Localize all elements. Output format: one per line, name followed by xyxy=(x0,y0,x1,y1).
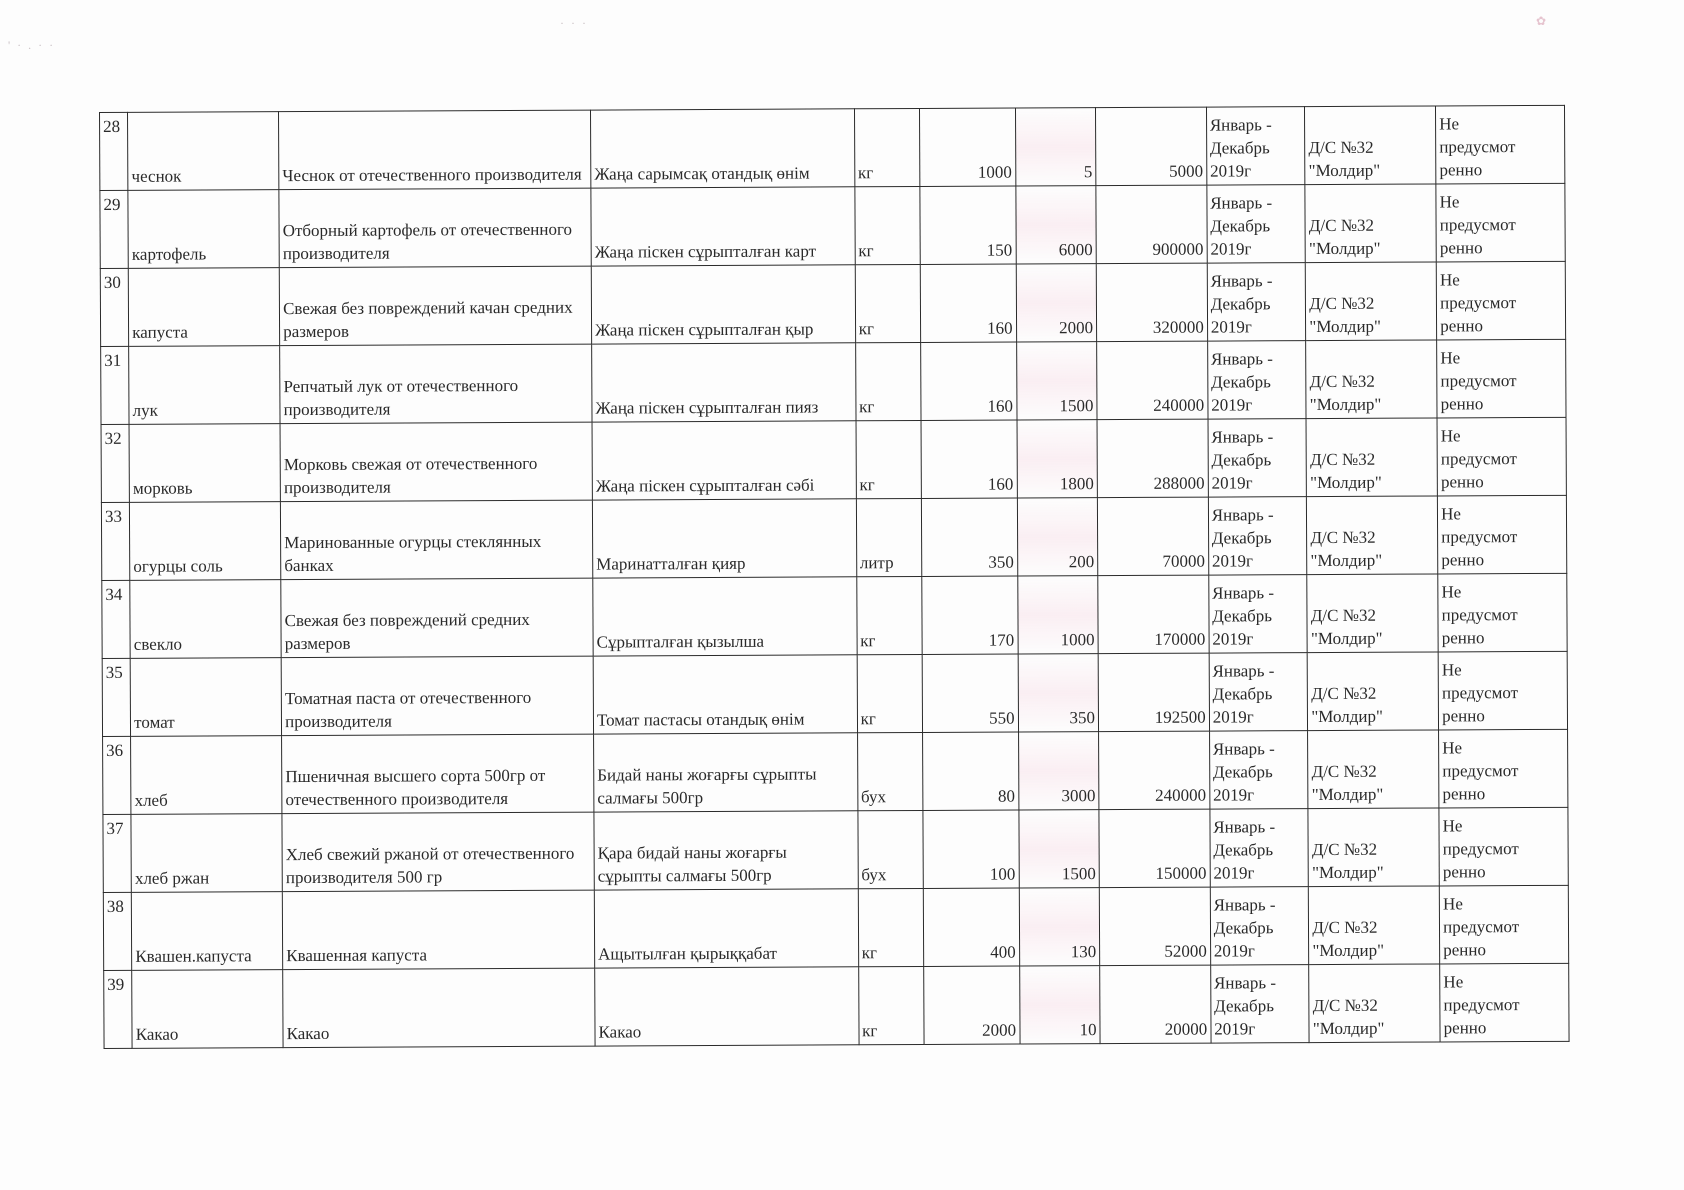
num-text: 39 xyxy=(107,975,124,994)
qty-text: 160 xyxy=(988,475,1014,494)
item-description-ru: Квашенная капуста xyxy=(282,890,594,970)
advance-note: Непредусмотренно xyxy=(1439,807,1568,886)
note-line: Не xyxy=(1440,190,1562,214)
num-text: 29 xyxy=(103,195,120,214)
qty-text: 400 xyxy=(990,943,1016,962)
delivery-period: Январь -Декабрь2019г xyxy=(1207,185,1306,263)
total-sum: 900000 xyxy=(1096,185,1207,264)
desc-kz-text: Жаңа сарымсақ отандық өнім xyxy=(594,164,809,184)
item-short-name: чеснок xyxy=(128,112,279,191)
period-line: Декабрь xyxy=(1212,526,1304,549)
advance-note: Непредусмотренно xyxy=(1436,183,1565,262)
item-short-name: лук xyxy=(129,346,280,425)
desc-ru-text: Чеснок от отечественного производителя xyxy=(282,165,581,185)
note-line: предусмот xyxy=(1443,915,1565,939)
table-row: 35 томат Томатная паста от отечественног… xyxy=(102,651,1567,736)
item-description-kz: Ащытылған қырыққабат xyxy=(594,889,858,968)
item-short-name: Какао xyxy=(132,970,283,1049)
item-description-ru: Какао xyxy=(283,968,595,1048)
advance-note: Непредусмотренно xyxy=(1437,417,1566,496)
name-text: картофель xyxy=(132,244,206,263)
item-short-name: хлеб ржан xyxy=(131,814,282,893)
note-line: предусмот xyxy=(1441,525,1563,549)
table-row: 30 капуста Свежая без повреждений качан … xyxy=(100,261,1565,346)
sum-text: 52000 xyxy=(1164,942,1207,961)
num-text: 34 xyxy=(105,585,122,604)
unit-text: кг xyxy=(859,475,874,494)
unit-price: 1800 xyxy=(1017,420,1098,498)
advance-note: Непредусмотренно xyxy=(1438,495,1567,574)
quantity: 550 xyxy=(922,654,1018,732)
unit-of-measure: кг xyxy=(854,186,920,264)
period-line: Декабрь xyxy=(1211,448,1303,471)
supplier-line: "Молдир" xyxy=(1311,704,1435,728)
note-line: Не xyxy=(1441,424,1563,448)
supplier-line: "Молдир" xyxy=(1311,626,1435,650)
delivery-place: Д/С №32"Молдир" xyxy=(1306,262,1437,341)
unit-text: кг xyxy=(862,1021,877,1040)
qty-text: 350 xyxy=(988,553,1014,572)
supplier-line: Д/С №32 xyxy=(1312,837,1436,861)
unit-of-measure: бух xyxy=(858,810,924,888)
item-description-kz: Қара бидай наны жоғарғы сұрыпты салмағы … xyxy=(594,811,858,890)
period-line: Январь - xyxy=(1210,191,1302,214)
row-number: 34 xyxy=(102,580,131,658)
period-line: Декабрь xyxy=(1213,760,1305,783)
name-text: огурцы соль xyxy=(133,556,222,575)
delivery-place: Д/С №32"Молдир" xyxy=(1307,574,1438,653)
price-text: 200 xyxy=(1069,552,1095,571)
item-description-kz: Томат пастасы отандық өнім xyxy=(593,655,857,734)
supplier-line: "Молдир" xyxy=(1309,158,1433,182)
unit-of-measure: бух xyxy=(857,732,923,810)
item-description-ru: Пшеничная высшего сорта 500гр от отечест… xyxy=(282,734,594,814)
price-text: 5 xyxy=(1084,162,1093,181)
desc-kz-text: Жаңа піскен сұрыпталған сәбі xyxy=(596,476,815,496)
sum-text: 70000 xyxy=(1162,552,1205,571)
item-description-kz: Сұрыпталған қызылша xyxy=(593,577,857,656)
unit-price: 10 xyxy=(1019,966,1100,1044)
quantity: 160 xyxy=(920,264,1016,342)
row-number: 32 xyxy=(101,424,130,502)
supplier-line: "Молдир" xyxy=(1312,938,1436,962)
period-line: 2019г xyxy=(1211,393,1303,416)
unit-price: 5 xyxy=(1015,108,1096,186)
desc-ru-text: Маринованные огурцы стеклянных банках xyxy=(284,532,541,575)
note-line: Не xyxy=(1443,814,1565,838)
note-line: ренно xyxy=(1443,938,1565,962)
price-text: 1500 xyxy=(1062,864,1096,883)
quantity: 150 xyxy=(920,186,1016,264)
period-line: Декабрь xyxy=(1214,994,1306,1017)
period-line: Январь - xyxy=(1210,113,1302,136)
table-row: 37 хлеб ржан Хлеб свежий ржаной от отече… xyxy=(103,807,1568,892)
name-text: хлеб xyxy=(134,791,167,810)
row-number: 36 xyxy=(103,736,132,814)
note-line: ренно xyxy=(1442,704,1564,728)
delivery-period: Январь -Декабрь2019г xyxy=(1210,809,1309,887)
desc-kz-text: Ащытылған қырыққабат xyxy=(598,944,777,964)
supplier-line: Д/С №32 xyxy=(1311,681,1435,705)
advance-note: Непредусмотренно xyxy=(1440,963,1569,1042)
desc-kz-text: Маринатталған қияр xyxy=(596,554,745,574)
total-sum: 320000 xyxy=(1096,263,1207,342)
sum-text: 192500 xyxy=(1155,708,1206,727)
note-line: ренно xyxy=(1439,158,1561,182)
supplier-line: "Молдир" xyxy=(1310,392,1434,416)
unit-price: 6000 xyxy=(1015,186,1096,264)
period-line: Декабрь xyxy=(1213,838,1305,861)
delivery-place: Д/С №32"Молдир" xyxy=(1308,730,1439,809)
qty-text: 550 xyxy=(989,709,1015,728)
supplier-line: Д/С №32 xyxy=(1312,759,1436,783)
desc-kz-text: Какао xyxy=(598,1022,641,1041)
period-line: Январь - xyxy=(1211,269,1303,292)
delivery-period: Январь -Декабрь2019г xyxy=(1209,575,1308,653)
total-sum: 288000 xyxy=(1097,419,1208,498)
item-short-name: морковь xyxy=(129,424,280,503)
period-line: Январь - xyxy=(1211,425,1303,448)
supplier-line: "Молдир" xyxy=(1309,314,1433,338)
note-line: Не xyxy=(1439,112,1561,136)
delivery-period: Январь -Декабрь2019г xyxy=(1209,731,1308,809)
period-line: 2019г xyxy=(1214,1017,1306,1040)
period-line: 2019г xyxy=(1212,549,1304,572)
table-body: 28 чеснок Чеснок от отечественного произ… xyxy=(100,105,1570,1048)
desc-ru-text: Свежая без повреждений качан средних раз… xyxy=(283,298,573,341)
note-line: Не xyxy=(1442,658,1564,682)
name-text: хлеб ржан xyxy=(135,868,209,887)
procurement-table: 28 чеснок Чеснок от отечественного произ… xyxy=(99,105,1570,1049)
unit-of-measure: кг xyxy=(857,654,923,732)
sum-text: 288000 xyxy=(1154,474,1205,493)
table-row: 36 хлеб Пшеничная высшего сорта 500гр от… xyxy=(103,729,1568,814)
row-number: 29 xyxy=(100,190,129,268)
note-line: предусмот xyxy=(1441,447,1563,471)
item-description-kz: Жаңа піскен сұрыпталған пияз xyxy=(592,343,856,422)
item-description-ru: Свежая без повреждений качан средних раз… xyxy=(279,266,591,346)
period-line: Декабрь xyxy=(1211,370,1303,393)
advance-note: Непредусмотренно xyxy=(1437,339,1566,418)
quantity: 160 xyxy=(921,342,1017,420)
sum-text: 900000 xyxy=(1152,240,1203,259)
advance-note: Непредусмотренно xyxy=(1436,105,1565,184)
supplier-line: "Молдир" xyxy=(1313,1016,1437,1040)
quantity: 400 xyxy=(923,888,1019,966)
period-line: 2019г xyxy=(1211,315,1303,338)
item-short-name: хлеб xyxy=(131,736,282,815)
unit-price: 1000 xyxy=(1017,576,1098,654)
quantity: 1000 xyxy=(919,108,1015,186)
delivery-place: Д/С №32"Молдир" xyxy=(1307,496,1438,575)
period-line: 2019г xyxy=(1212,627,1304,650)
desc-ru-text: Хлеб свежий ржаной от отечественного про… xyxy=(286,844,575,887)
row-number: 37 xyxy=(103,814,132,892)
desc-ru-text: Отборный картофель от отечественного про… xyxy=(283,220,572,263)
advance-note: Непредусмотренно xyxy=(1439,729,1568,808)
note-line: предусмот xyxy=(1440,369,1562,393)
item-description-kz: Жаңа піскен сұрыпталған карт xyxy=(591,187,855,266)
supplier-line: Д/С №32 xyxy=(1309,213,1433,237)
item-short-name: огурцы соль xyxy=(130,502,281,581)
supplier-line: "Молдир" xyxy=(1309,236,1433,260)
qty-text: 150 xyxy=(987,241,1013,260)
table-row: 32 морковь Морковь свежая от отечественн… xyxy=(101,417,1566,502)
unit-text: кг xyxy=(861,709,876,728)
supplier-line: Д/С №32 xyxy=(1308,135,1432,159)
period-line: Январь - xyxy=(1213,737,1305,760)
unit-price: 1500 xyxy=(1019,810,1100,888)
delivery-period: Январь -Декабрь2019г xyxy=(1208,497,1307,575)
num-text: 33 xyxy=(105,507,122,526)
supplier-line: Д/С №32 xyxy=(1310,447,1434,471)
name-text: свекло xyxy=(134,635,182,654)
supplier-line: "Молдир" xyxy=(1312,782,1436,806)
period-line: Декабрь xyxy=(1213,682,1305,705)
num-text: 37 xyxy=(106,819,123,838)
row-number: 35 xyxy=(102,658,131,736)
sum-text: 320000 xyxy=(1153,318,1204,337)
name-text: морковь xyxy=(133,479,193,498)
num-text: 32 xyxy=(105,429,122,448)
item-short-name: свекло xyxy=(130,580,281,659)
row-number: 39 xyxy=(104,970,133,1048)
advance-note: Непредусмотренно xyxy=(1438,651,1567,730)
scan-artifact: ✿ xyxy=(1536,14,1548,29)
note-line: предусмот xyxy=(1443,837,1565,861)
note-line: Не xyxy=(1440,346,1562,370)
unit-text: кг xyxy=(858,241,873,260)
quantity: 170 xyxy=(922,576,1018,654)
unit-text: кг xyxy=(859,319,874,338)
unit-of-measure: кг xyxy=(856,420,922,498)
unit-text: кг xyxy=(862,943,877,962)
advance-note: Непредусмотренно xyxy=(1438,573,1567,652)
desc-kz-text: Жаңа піскен сұрыпталған пияз xyxy=(595,397,818,417)
item-description-kz: Бидай наны жоғарғы сұрыпты салмағы 500гр xyxy=(594,733,858,812)
desc-ru-text: Репчатый лук от отечественного производи… xyxy=(283,376,518,419)
delivery-place: Д/С №32"Молдир" xyxy=(1305,106,1436,185)
quantity: 100 xyxy=(923,810,1019,888)
item-description-ru: Морковь свежая от отечественного произво… xyxy=(280,422,592,502)
price-text: 1800 xyxy=(1060,474,1094,493)
total-sum: 240000 xyxy=(1099,731,1210,810)
item-short-name: картофель xyxy=(128,190,279,269)
desc-ru-text: Какао xyxy=(287,1024,330,1043)
item-description-ru: Отборный картофель от отечественного про… xyxy=(279,188,591,268)
price-text: 10 xyxy=(1080,1020,1097,1039)
total-sum: 170000 xyxy=(1098,575,1209,654)
item-description-ru: Свежая без повреждений средних размеров xyxy=(281,578,593,658)
delivery-place: Д/С №32"Молдир" xyxy=(1306,418,1437,497)
desc-kz-text: Қара бидай наны жоғарғы сұрыпты салмағы … xyxy=(598,843,787,886)
delivery-place: Д/С №32"Молдир" xyxy=(1308,808,1439,887)
delivery-period: Январь -Декабрь2019г xyxy=(1210,965,1309,1043)
sum-text: 240000 xyxy=(1155,786,1206,805)
table-row: 28 чеснок Чеснок от отечественного произ… xyxy=(100,105,1565,190)
desc-ru-text: Морковь свежая от отечественного произво… xyxy=(284,454,538,497)
table-row: 38 Квашен.капуста Квашенная капуста Ащыт… xyxy=(103,885,1568,970)
qty-text: 1000 xyxy=(978,163,1012,182)
item-description-kz: Маринатталған қияр xyxy=(592,499,856,578)
period-line: 2019г xyxy=(1210,237,1302,260)
quantity: 80 xyxy=(923,732,1019,810)
name-text: лук xyxy=(133,401,158,420)
note-line: ренно xyxy=(1441,548,1563,572)
item-description-kz: Жаңа піскен сұрыпталған сәбі xyxy=(592,421,856,500)
unit-text: кг xyxy=(858,163,873,182)
price-text: 130 xyxy=(1071,942,1097,961)
period-line: Декабрь xyxy=(1211,292,1303,315)
delivery-period: Январь -Декабрь2019г xyxy=(1206,107,1305,185)
num-text: 31 xyxy=(104,351,121,370)
price-text: 3000 xyxy=(1061,786,1095,805)
note-line: предусмот xyxy=(1440,291,1562,315)
unit-of-measure: кг xyxy=(858,966,924,1044)
note-line: ренно xyxy=(1441,470,1563,494)
total-sum: 52000 xyxy=(1099,887,1210,966)
sum-text: 20000 xyxy=(1165,1020,1208,1039)
period-line: Январь - xyxy=(1214,893,1306,916)
delivery-place: Д/С №32"Молдир" xyxy=(1306,340,1437,419)
qty-text: 80 xyxy=(998,787,1015,806)
delivery-period: Январь -Декабрь2019г xyxy=(1207,263,1306,341)
unit-of-measure: литр xyxy=(856,498,922,576)
period-line: Январь - xyxy=(1214,971,1306,994)
sum-text: 5000 xyxy=(1169,162,1203,181)
unit-text: литр xyxy=(860,553,894,572)
item-description-kz: Жаңа сарымсақ отандық өнім xyxy=(590,109,854,188)
qty-text: 2000 xyxy=(982,1021,1016,1040)
price-text: 6000 xyxy=(1059,240,1093,259)
advance-note: Непредусмотренно xyxy=(1439,885,1568,964)
unit-text: бух xyxy=(861,865,886,884)
supplier-line: "Молдир" xyxy=(1310,548,1434,572)
total-sum: 192500 xyxy=(1098,653,1209,732)
unit-text: кг xyxy=(860,631,875,650)
delivery-period: Январь -Декабрь2019г xyxy=(1210,887,1309,965)
table-row: 39 Какао Какао Какао кг 2000 10 20000 Ян… xyxy=(104,963,1569,1048)
desc-kz-text: Сұрыпталған қызылша xyxy=(597,632,765,652)
period-line: Декабрь xyxy=(1212,604,1304,627)
unit-price: 350 xyxy=(1018,654,1099,732)
supplier-line: "Молдир" xyxy=(1312,860,1436,884)
supplier-line: Д/С №32 xyxy=(1309,291,1433,315)
sum-text: 170000 xyxy=(1154,630,1205,649)
item-description-ru: Чеснок от отечественного производителя xyxy=(279,110,591,190)
total-sum: 20000 xyxy=(1100,965,1211,1044)
num-text: 38 xyxy=(107,897,124,916)
note-line: ренно xyxy=(1441,392,1563,416)
period-line: 2019г xyxy=(1213,705,1305,728)
note-line: ренно xyxy=(1444,1016,1566,1040)
period-line: Декабрь xyxy=(1210,214,1302,237)
row-number: 30 xyxy=(100,268,129,346)
unit-price: 200 xyxy=(1017,498,1098,576)
supplier-line: Д/С №32 xyxy=(1312,915,1436,939)
note-line: ренно xyxy=(1440,314,1562,338)
scan-artifact: · · · xyxy=(560,16,588,31)
note-line: Не xyxy=(1441,502,1563,526)
delivery-place: Д/С №32"Молдир" xyxy=(1305,184,1436,263)
num-text: 30 xyxy=(104,273,121,292)
total-sum: 240000 xyxy=(1097,341,1208,420)
desc-ru-text: Квашенная капуста xyxy=(286,945,427,965)
price-text: 2000 xyxy=(1059,318,1093,337)
supplier-line: Д/С №32 xyxy=(1311,603,1435,627)
price-text: 350 xyxy=(1069,708,1095,727)
note-line: предусмот xyxy=(1439,135,1561,159)
num-text: 28 xyxy=(103,117,120,136)
table-row: 29 картофель Отборный картофель от отече… xyxy=(100,183,1565,268)
qty-text: 100 xyxy=(990,865,1016,884)
period-line: 2019г xyxy=(1210,159,1302,182)
delivery-period: Январь -Декабрь2019г xyxy=(1208,419,1307,497)
item-short-name: капуста xyxy=(128,268,279,347)
supplier-line: Д/С №32 xyxy=(1313,993,1437,1017)
unit-of-measure: кг xyxy=(858,888,924,966)
qty-text: 170 xyxy=(989,631,1015,650)
period-line: Январь - xyxy=(1211,347,1303,370)
period-line: Январь - xyxy=(1212,503,1304,526)
item-short-name: Квашен.капуста xyxy=(131,892,282,971)
name-text: томат xyxy=(134,713,175,732)
period-line: Декабрь xyxy=(1210,136,1302,159)
delivery-place: Д/С №32"Молдир" xyxy=(1309,964,1440,1043)
note-line: ренно xyxy=(1443,860,1565,884)
period-line: Январь - xyxy=(1213,815,1305,838)
unit-of-measure: кг xyxy=(856,576,922,654)
name-text: Какао xyxy=(136,1025,179,1044)
quantity: 2000 xyxy=(924,966,1020,1044)
note-line: предусмот xyxy=(1442,759,1564,783)
unit-of-measure: кг xyxy=(855,342,921,420)
unit-price: 2000 xyxy=(1016,264,1097,342)
num-text: 35 xyxy=(106,663,123,682)
scanned-page: ' · . · · · · · ✿ 28 чеснок Чеснок от от… xyxy=(0,0,1684,1190)
item-description-ru: Хлеб свежий ржаной от отечественного про… xyxy=(282,812,594,892)
period-line: 2019г xyxy=(1214,939,1306,962)
note-line: ренно xyxy=(1442,782,1564,806)
total-sum: 5000 xyxy=(1096,107,1207,186)
desc-kz-text: Жаңа піскен сұрыпталған карт xyxy=(595,241,816,261)
price-text: 1500 xyxy=(1059,396,1093,415)
delivery-period: Январь -Декабрь2019г xyxy=(1207,341,1306,419)
unit-price: 3000 xyxy=(1018,732,1099,810)
note-line: предусмот xyxy=(1442,603,1564,627)
unit-price: 1500 xyxy=(1016,342,1097,420)
desc-kz-text: Жаңа піскен сұрыпталған қыр xyxy=(595,320,813,340)
item-description-ru: Маринованные огурцы стеклянных банках xyxy=(280,500,592,580)
delivery-place: Д/С №32"Молдир" xyxy=(1307,652,1438,731)
qty-text: 160 xyxy=(987,319,1013,338)
note-line: предусмот xyxy=(1440,213,1562,237)
item-description-ru: Томатная паста от отечественного произво… xyxy=(281,656,593,736)
sum-text: 240000 xyxy=(1153,396,1204,415)
name-text: Квашен.капуста xyxy=(135,946,251,966)
table-row: 34 свекло Свежая без повреждений средних… xyxy=(102,573,1567,658)
qty-text: 160 xyxy=(987,397,1013,416)
item-description-kz: Какао xyxy=(595,967,859,1046)
row-number: 28 xyxy=(100,112,129,190)
table-row: 31 лук Репчатый лук от отечественного пр… xyxy=(101,339,1566,424)
supplier-line: Д/С №32 xyxy=(1310,525,1434,549)
procurement-table-container: 28 чеснок Чеснок от отечественного произ… xyxy=(99,105,1570,1049)
num-text: 36 xyxy=(106,741,123,760)
unit-of-measure: кг xyxy=(854,108,920,186)
unit-price: 130 xyxy=(1019,888,1100,966)
scan-artifact: ' · . · · xyxy=(8,38,55,53)
